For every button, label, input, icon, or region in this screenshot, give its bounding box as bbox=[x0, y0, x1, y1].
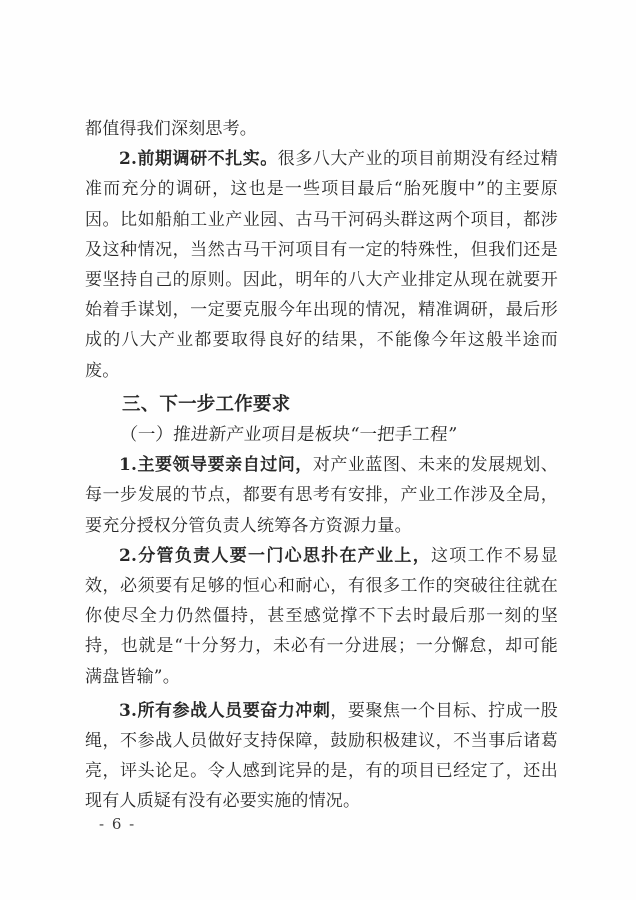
para-issue-2-weak-research: 2.前期调研不扎实。很多八大产业的项目前期没有经过精准而充分的调研，这也是一些项… bbox=[85, 144, 558, 386]
heading-sub-one-top-leader-project: （一）推进新产业项目是板块“一把手工程” bbox=[84, 420, 560, 450]
bold-text-run: 3.所有参战人员要奋力冲刺 bbox=[119, 701, 330, 721]
heading-section-three-next-step-requirements: 三、下一步工作要求 bbox=[85, 390, 558, 420]
text-run: 都值得我们深刻思考。 bbox=[85, 119, 257, 139]
document-page: 都值得我们深刻思考。2.前期调研不扎实。很多八大产业的项目前期没有经过精准而充分… bbox=[0, 0, 636, 900]
para-continued-from-previous-page: 都值得我们深刻思考。 bbox=[85, 114, 558, 144]
text-run: （一）推进新产业项目是板块“一把手工程” bbox=[119, 425, 458, 445]
para-point-3-all-participants: 3.所有参战人员要奋力冲刺，要聚焦一个目标、拧成一股绳，不参战人员做好支持保障，… bbox=[85, 696, 558, 817]
bold-text-run: 1.主要领导要亲自过问， bbox=[119, 455, 313, 475]
bold-text-run: 2.前期调研不扎实。 bbox=[119, 149, 278, 169]
bold-text-run: 三、下一步工作要求 bbox=[122, 394, 290, 415]
document-body: 都值得我们深刻思考。2.前期调研不扎实。很多八大产业的项目前期没有经过精准而充分… bbox=[85, 114, 558, 817]
page-number: - 6 - bbox=[99, 815, 136, 833]
para-point-1-main-leaders: 1.主要领导要亲自过问，对产业蓝图、未来的发展规划、每一步发展的节点，都要有思考… bbox=[85, 450, 558, 541]
text-run: 很多八大产业的项目前期没有经过精准而充分的调研，这也是一些项目最后“胎死腹中”的… bbox=[85, 149, 558, 380]
bold-text-run: 2.分管负责人要一门心思扑在产业上， bbox=[119, 546, 431, 566]
text-run: 这项工作不易显效，必须要有足够的恒心和耐心，有很多工作的突破往往就在你使尽全力仍… bbox=[85, 546, 558, 687]
para-point-2-responsible-leaders: 2.分管负责人要一门心思扑在产业上，这项工作不易显效，必须要有足够的恒心和耐心，… bbox=[85, 541, 558, 692]
